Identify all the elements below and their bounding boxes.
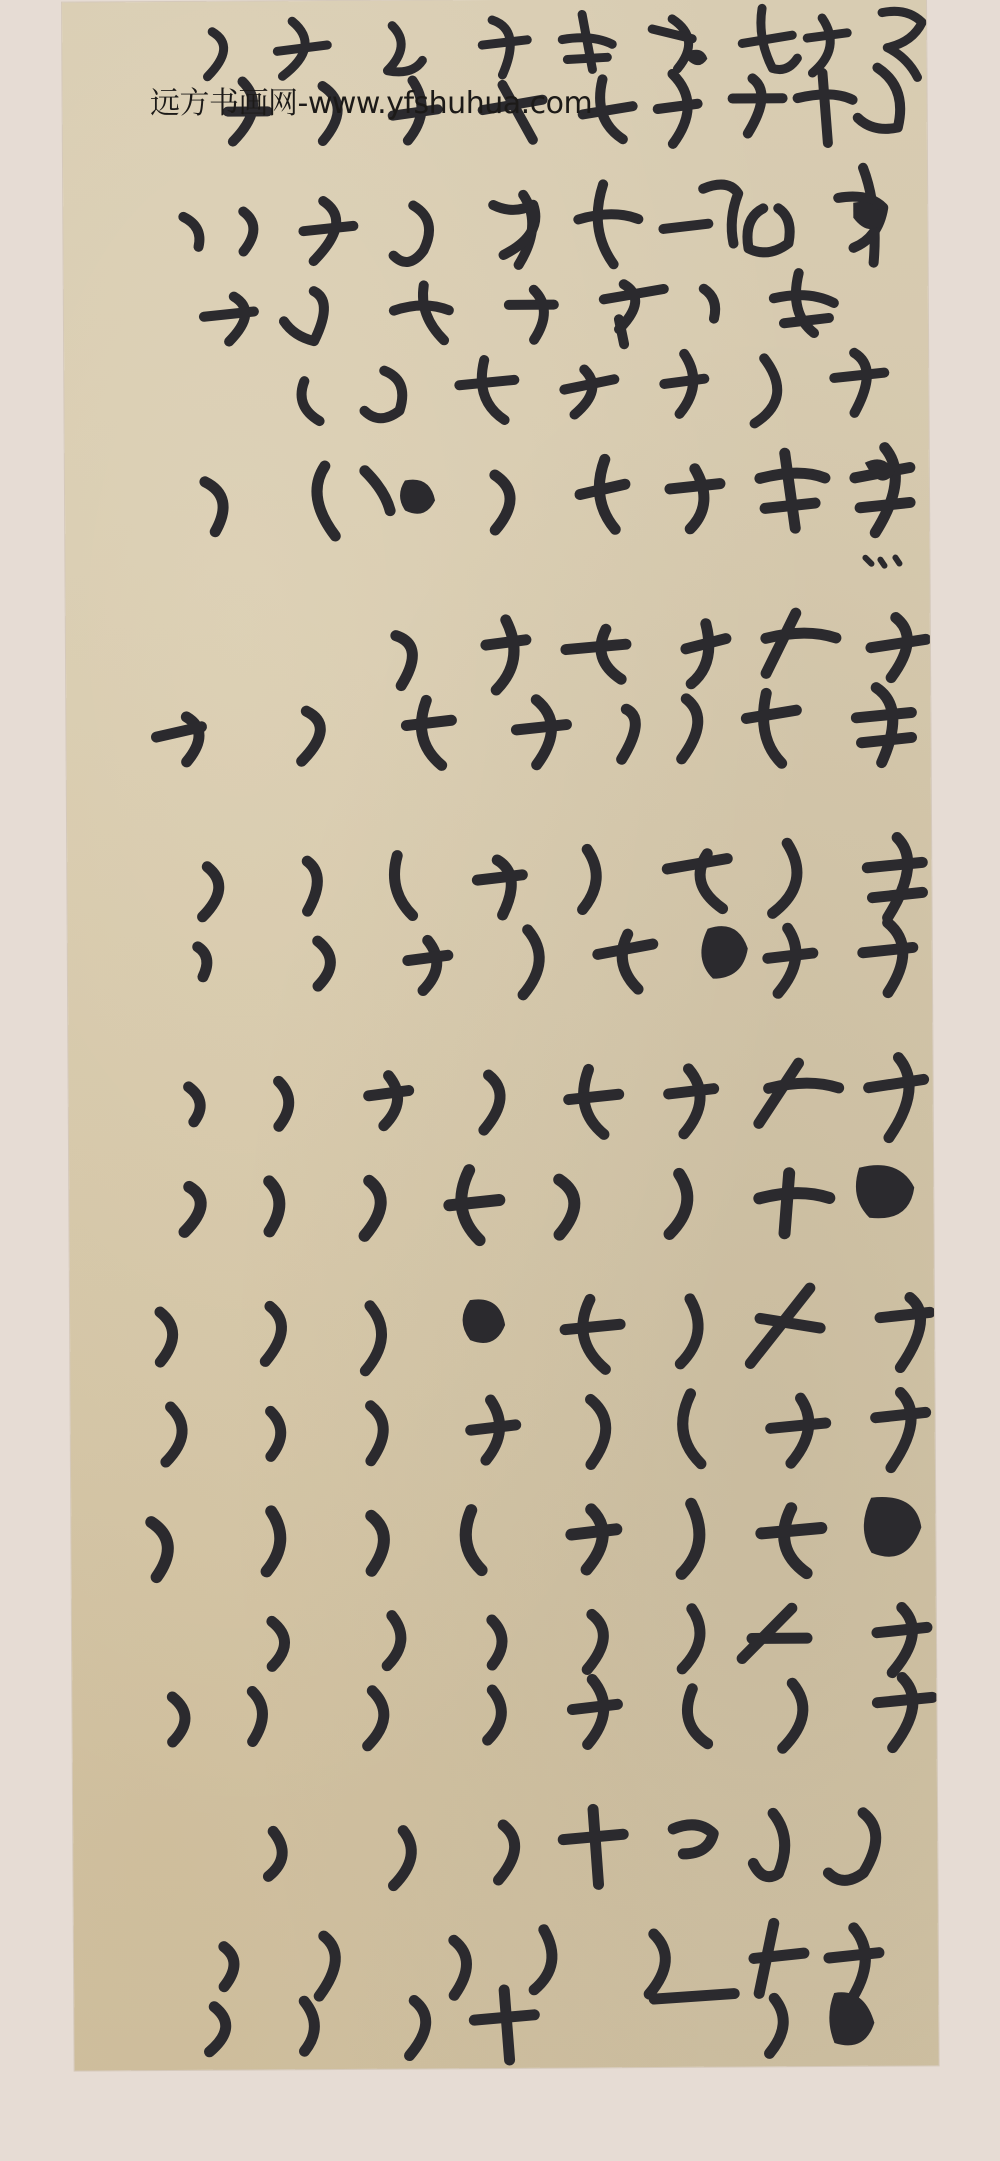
calligraphy-row-7	[865, 558, 899, 566]
calligraphy-row-4	[204, 273, 834, 347]
calligraphy-row-16	[151, 1497, 921, 1577]
calligraphy-row-20	[224, 1923, 879, 2007]
calligraphy-row-9	[156, 687, 911, 767]
calligraphy-row-15	[166, 1392, 926, 1472]
calligraphy-row-6	[205, 447, 911, 536]
calligraphy-row-12	[188, 1057, 923, 1141]
calligraphy-row-1	[207, 7, 922, 81]
calligraphy-row-14	[160, 1287, 930, 1372]
calligraphy-scroll	[62, 0, 939, 2071]
calligraphy-row-11	[198, 922, 913, 996]
calligraphy-row-8	[396, 612, 926, 690]
calligraphy-row-18	[172, 1677, 932, 1752]
calligraphy-row-17	[272, 1607, 927, 1676]
calligraphy-ink	[62, 0, 939, 2071]
calligraphy-row-13	[184, 1165, 914, 1242]
watermark-text: 远方书画网-www.yfshuhua.com	[150, 86, 592, 122]
calligraphy-row-5	[301, 353, 884, 427]
calligraphy-row-21	[209, 1988, 874, 2062]
calligraphy-row-10	[202, 837, 922, 921]
calligraphy-row-19	[268, 1808, 876, 1887]
calligraphy-row-3	[183, 168, 884, 267]
